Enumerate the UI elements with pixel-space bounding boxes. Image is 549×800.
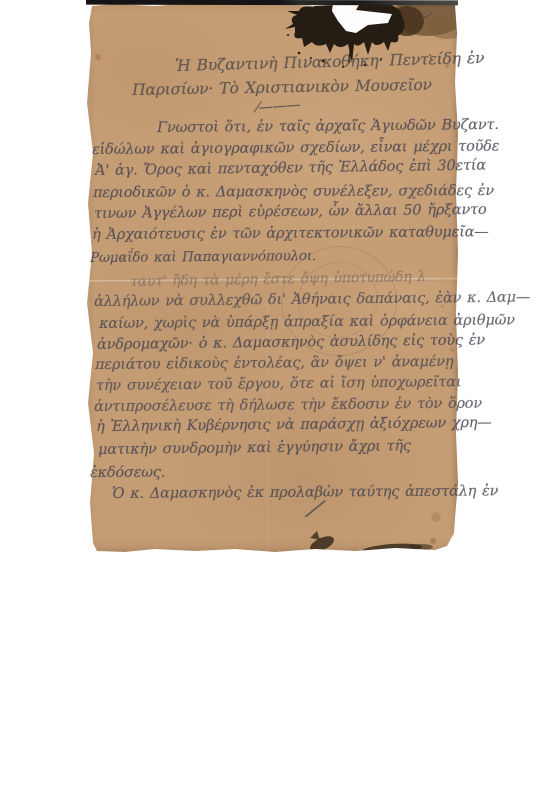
scan-background: Ἡ Βυζαντινὴ Πινακοθήκη· Πεντείδη ἐνΠαρισ… — [0, 0, 549, 800]
manuscript-paper — [85, 3, 458, 553]
embossed-seal-inner-ring — [293, 257, 383, 343]
scanner-edge-strip — [86, 0, 458, 5]
bottom-smear-spike — [310, 531, 320, 540]
fold-crease — [85, 278, 458, 284]
embossed-seal — [274, 238, 404, 363]
ink-blot — [85, 3, 458, 73]
bottom-stains — [85, 483, 458, 553]
bottom-smear-tail — [409, 544, 433, 550]
